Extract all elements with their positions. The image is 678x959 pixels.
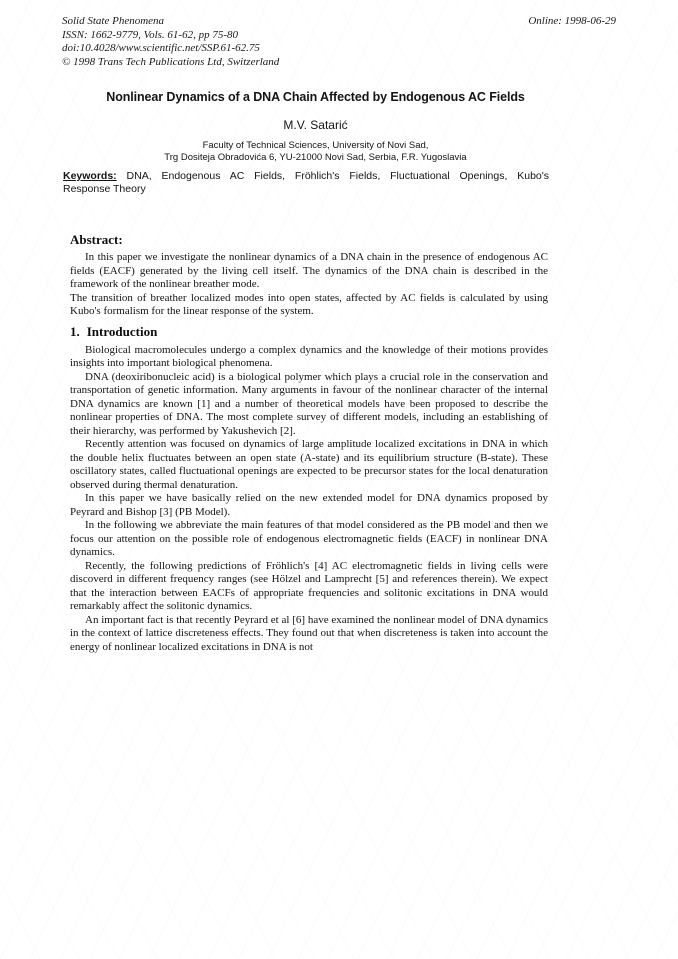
paper-page: Solid State Phenomena ISSN: 1662-9779, V…	[0, 0, 678, 959]
affiliation: Faculty of Technical Sciences, Universit…	[63, 140, 568, 163]
keywords-label: Keywords:	[63, 170, 117, 182]
section-title: Introduction	[87, 324, 158, 339]
author-name: M.V. Satarić	[63, 118, 568, 132]
keywords-text: DNA, Endogenous AC Fields, Fröhlich's Fi…	[127, 170, 549, 182]
intro-paragraph: Recently, the following predictions of F…	[70, 560, 548, 614]
affiliation-line-2: Trg Dositeja Obradovića 6, YU-21000 Novi…	[63, 152, 568, 164]
section-number: 1.	[70, 324, 80, 339]
abstract-paragraph-2: The transition of breather localized mod…	[70, 292, 548, 319]
doi-line: doi:10.4028/www.scientific.net/SSP.61-62…	[62, 42, 279, 56]
intro-paragraph: Biological macromolecules undergo a comp…	[70, 344, 548, 371]
abstract-heading: Abstract:	[70, 231, 548, 248]
title-block: Nonlinear Dynamics of a DNA Chain Affect…	[63, 90, 568, 163]
paper-body: Abstract: In this paper we investigate t…	[70, 231, 548, 654]
online-date: Online: 1998-06-29	[528, 15, 616, 29]
intro-paragraph: In this paper we have basically relied o…	[70, 492, 548, 519]
intro-paragraph: An important fact is that recently Peyra…	[70, 614, 548, 655]
intro-paragraph: Recently attention was focused on dynami…	[70, 438, 548, 492]
paper-title: Nonlinear Dynamics of a DNA Chain Affect…	[63, 90, 568, 105]
issn-line: ISSN: 1662-9779, Vols. 61-62, pp 75-80	[62, 29, 279, 43]
journal-name: Solid State Phenomena	[62, 15, 279, 29]
copyright-line: © 1998 Trans Tech Publications Ltd, Swit…	[62, 56, 279, 70]
affiliation-line-1: Faculty of Technical Sciences, Universit…	[63, 140, 568, 152]
keywords-line-1: Keywords: DNA, Endogenous AC Fields, Frö…	[63, 170, 549, 183]
introduction-heading: 1.Introduction	[70, 323, 548, 340]
publisher-header: Solid State Phenomena ISSN: 1662-9779, V…	[62, 15, 279, 69]
intro-paragraph: In the following we abbreviate the main …	[70, 519, 548, 560]
abstract-paragraph-1: In this paper we investigate the nonline…	[70, 251, 548, 292]
keywords-line-2: Response Theory	[63, 183, 146, 195]
intro-paragraph: DNA (deoxiribonucleic acid) is a biologi…	[70, 371, 548, 439]
keywords-block: Keywords: DNA, Endogenous AC Fields, Frö…	[63, 170, 549, 197]
